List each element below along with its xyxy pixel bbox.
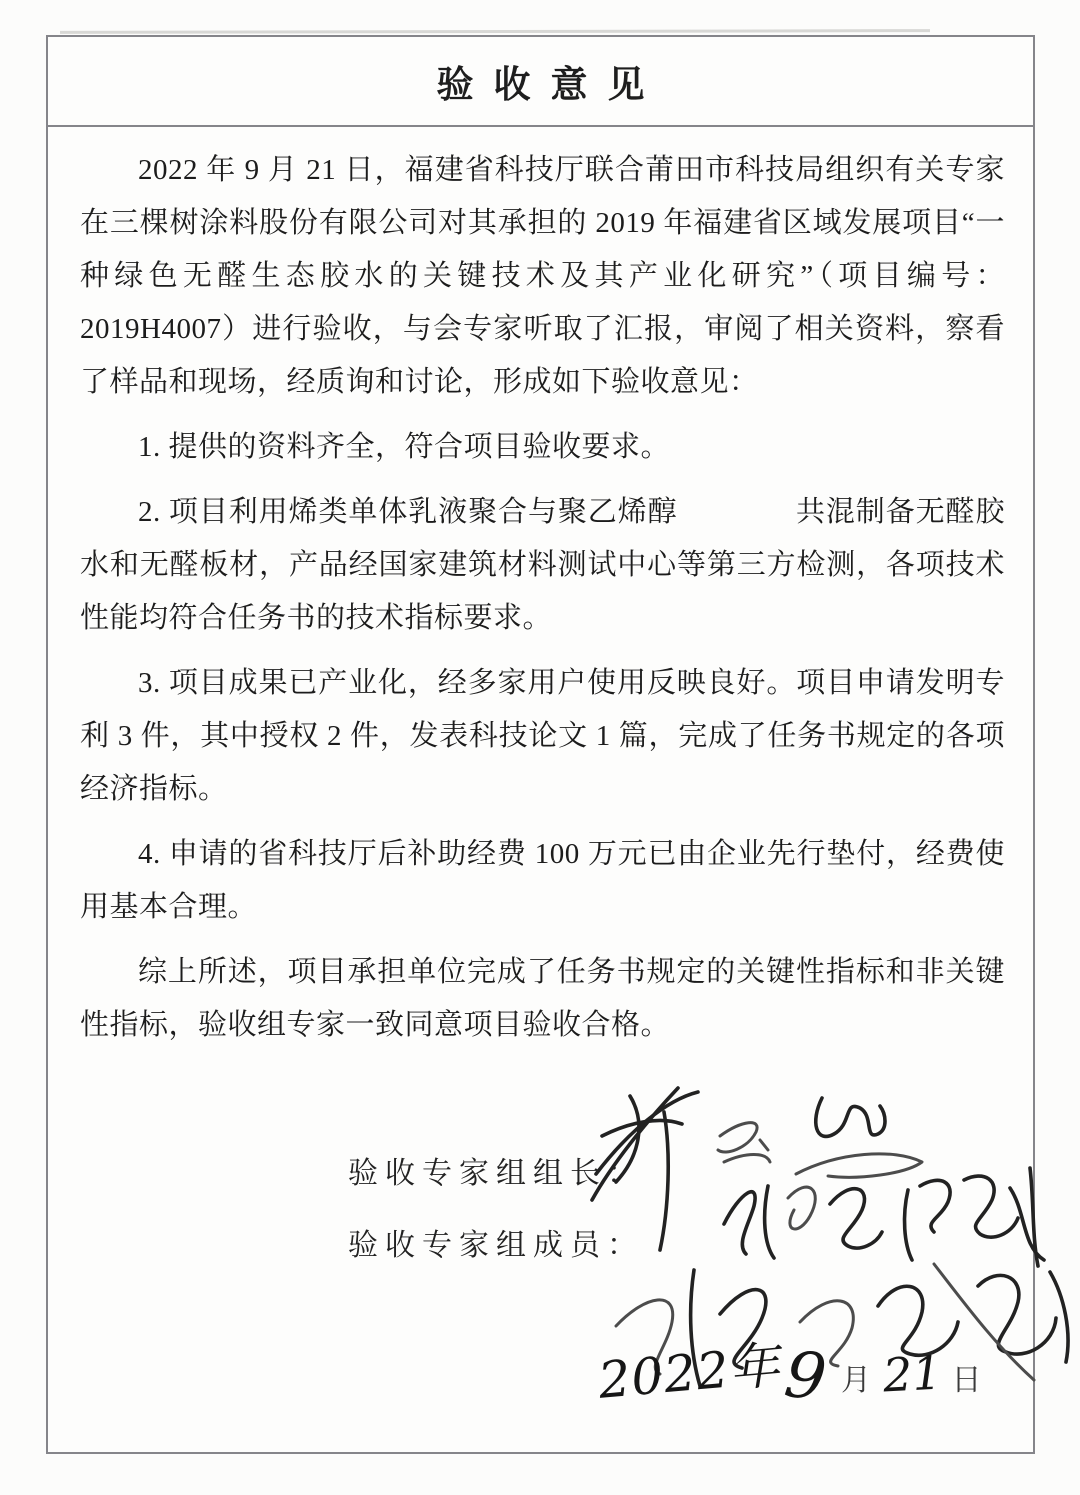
- item-1: 1. 提供的资料齐全，符合项目验收要求。: [80, 421, 1005, 474]
- item-4: 4. 申请的省科技厅后补助经费 100 万元已由企业先行垫付，经费使用基本合理。: [80, 828, 1005, 934]
- redacted-blank-gap: [678, 520, 796, 521]
- acceptance-date: 2022年 9 月 21 日: [598, 1332, 984, 1406]
- document-body: 2022 年 9 月 21 日，福建省科技厅联合莆田市科技局组织有关专家在三棵树…: [48, 127, 1033, 1464]
- date-month-unit: 月: [841, 1355, 873, 1399]
- item-3: 3. 项目成果已产业化，经多家用户使用反映良好。项目申请发明专利 3 件，其中授…: [80, 657, 1005, 816]
- scan-artifact-line: [60, 29, 930, 34]
- document-border-box: 验收意见 2022 年 9 月 21 日，福建省科技厅联合莆田市科技局组织有关专…: [46, 35, 1035, 1454]
- date-month-handwritten: 9: [781, 1338, 830, 1416]
- intro-paragraph: 2022 年 9 月 21 日，福建省科技厅联合莆田市科技局组织有关专家在三棵树…: [80, 144, 1005, 409]
- date-year-handwritten: 2022年: [595, 1325, 783, 1413]
- date-day-handwritten: 21: [882, 1346, 943, 1403]
- signature-area: 验收专家组组长： 验收专家组成员：: [80, 1064, 1005, 1464]
- page-title: 验收意见: [417, 54, 665, 108]
- title-cell: 验收意见: [48, 37, 1033, 127]
- scanned-document-page: { "document": { "title": "验收意见", "paragr…: [0, 0, 1080, 1495]
- date-day-unit: 日: [952, 1355, 984, 1399]
- conclusion-paragraph: 综上所述，项目承担单位完成了任务书规定的关键性指标和非关键性指标，验收组专家一致…: [80, 946, 1005, 1052]
- item-2-text-before-gap: 2. 项目利用烯类单体乳液聚合与聚乙烯醇: [138, 496, 678, 528]
- item-2: 2. 项目利用烯类单体乳液聚合与聚乙烯醇共混制备无醛胶水和无醛板材，产品经国家建…: [80, 486, 1005, 645]
